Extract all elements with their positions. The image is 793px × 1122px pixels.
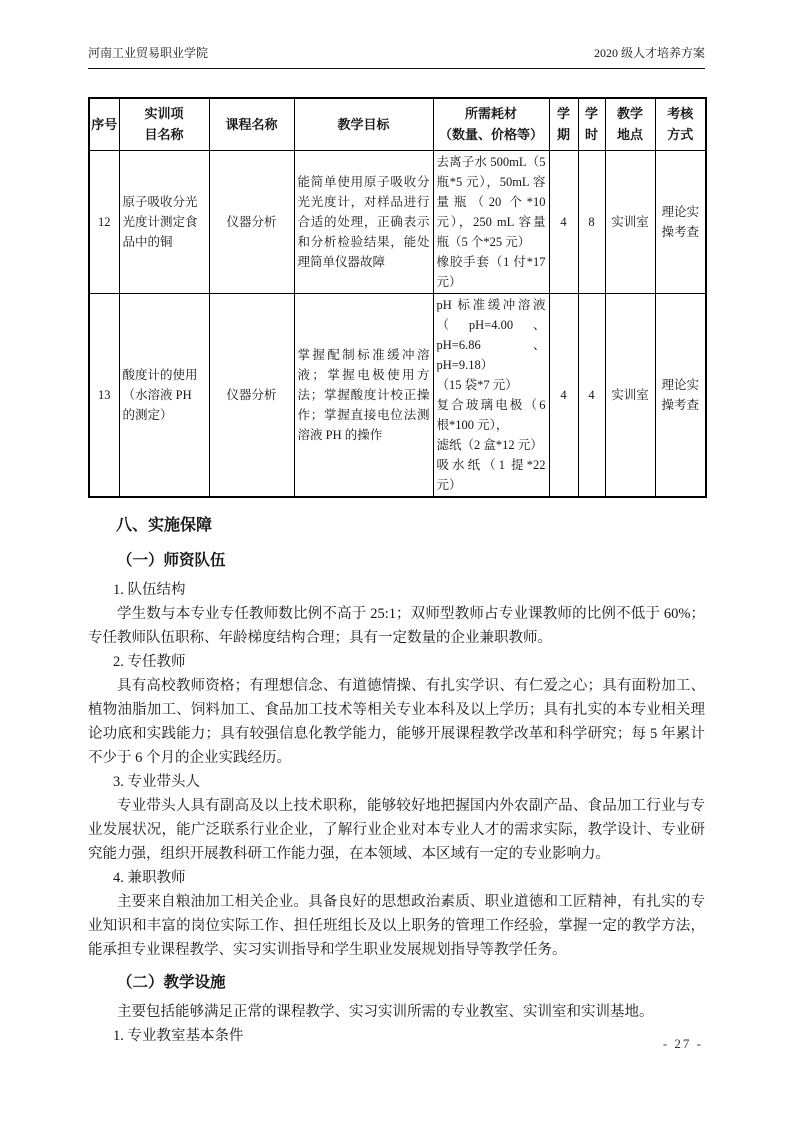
table-header-cell: 学 期	[549, 98, 578, 150]
numbered-item: 4. 兼职教师	[88, 866, 705, 890]
table-cell: 12	[89, 150, 119, 293]
table-cell: 13	[89, 293, 119, 497]
table-cell: 4	[578, 293, 605, 497]
paragraph: 主要包括能够满足正常的课程教学、实习实训所需的专业教室、实训室和实训基地。	[88, 1000, 705, 1024]
table-cell: pH 标准缓冲溶液（pH=4.00、pH=6.86、pH=9.18） （15 袋…	[433, 293, 549, 497]
table-head: 序号实训项 目名称课程名称教学目标所需耗材 （数量、价格等）学 期学 时教学 地…	[89, 98, 706, 150]
table-row: 13酸度计的使用（水溶液 PH 的测定）仪器分析掌握配制标准缓冲溶液；掌握电极使…	[89, 293, 706, 497]
table-cell: 实训室	[605, 150, 655, 293]
table-cell: 4	[549, 293, 578, 497]
table-header-cell: 教学目标	[294, 98, 433, 150]
page-number: - 27 -	[663, 1036, 703, 1052]
numbered-item: 2. 专任教师	[88, 650, 705, 674]
subsection-heading: （一）师资队伍	[88, 548, 705, 574]
table-cell: 仪器分析	[209, 150, 294, 293]
section-heading: 八、实施保障	[88, 512, 705, 540]
document-page: 河南工业贸易职业学院 2020 级人才培养方案 序号实训项 目名称课程名称教学目…	[0, 0, 793, 1122]
table-cell: 实训室	[605, 293, 655, 497]
table-header-cell: 学 时	[578, 98, 605, 150]
table-cell: 去离子水 500mL（5 瓶*5 元），50mL 容量瓶（20 个*10 元），…	[433, 150, 549, 293]
numbered-item: 1. 专业教室基本条件	[88, 1024, 705, 1048]
table-header-cell: 所需耗材 （数量、价格等）	[433, 98, 549, 150]
table-header-row: 序号实训项 目名称课程名称教学目标所需耗材 （数量、价格等）学 期学 时教学 地…	[89, 98, 706, 150]
numbered-item: 3. 专业带头人	[88, 770, 705, 794]
table-header-cell: 实训项 目名称	[119, 98, 209, 150]
body-sections: 八、实施保障（一）师资队伍1. 队伍结构学生数与本专业专任教师数比例不高于 25…	[88, 512, 705, 1048]
table-cell: 原子吸收分光光度计测定食品中的铜	[119, 150, 209, 293]
table-body: 12原子吸收分光光度计测定食品中的铜仪器分析能简单使用原子吸收分光光度计，对样品…	[89, 150, 706, 497]
table-cell: 酸度计的使用（水溶液 PH 的测定）	[119, 293, 209, 497]
table-header-cell: 课程名称	[209, 98, 294, 150]
header-plan-title: 2020 级人才培养方案	[594, 44, 705, 62]
table-cell: 能简单使用原子吸收分光光度计，对样品进行合适的处理，正确表示和分析检验结果，能处…	[294, 150, 433, 293]
paragraph: 专业带头人具有副高及以上技术职称，能够较好地把握国内外农副产品、食品加工行业与专…	[88, 794, 705, 866]
table-header-cell: 考核 方式	[655, 98, 706, 150]
subsection-heading: （二）教学设施	[88, 970, 705, 996]
table-cell: 仪器分析	[209, 293, 294, 497]
table-cell: 掌握配制标准缓冲溶液；掌握电极使用方法；掌握酸度计校正操作；掌握直接电位法测溶液…	[294, 293, 433, 497]
numbered-item: 1. 队伍结构	[88, 578, 705, 602]
paragraph: 学生数与本专业专任教师数比例不高于 25:1；双师型教师占专业课教师的比例不低于…	[88, 602, 705, 650]
table-cell: 理论实操考查	[655, 150, 706, 293]
table-cell: 4	[549, 150, 578, 293]
table-header-cell: 序号	[89, 98, 119, 150]
paragraph: 主要来自粮油加工相关企业。具备良好的思想政治素质、职业道德和工匠精神，有扎实的专…	[88, 890, 705, 962]
paragraph: 具有高校教师资格；有理想信念、有道德情操、有扎实学识、有仁爱之心；具有面粉加工、…	[88, 674, 705, 770]
header-school-name: 河南工业贸易职业学院	[88, 44, 208, 62]
table-row: 12原子吸收分光光度计测定食品中的铜仪器分析能简单使用原子吸收分光光度计，对样品…	[89, 150, 706, 293]
page-header: 河南工业贸易职业学院 2020 级人才培养方案	[88, 44, 705, 69]
table-cell: 理论实操考查	[655, 293, 706, 497]
training-table: 序号实训项 目名称课程名称教学目标所需耗材 （数量、价格等）学 期学 时教学 地…	[88, 97, 707, 498]
table-cell: 8	[578, 150, 605, 293]
table-header-cell: 教学 地点	[605, 98, 655, 150]
page-content: 序号实训项 目名称课程名称教学目标所需耗材 （数量、价格等）学 期学 时教学 地…	[88, 97, 705, 1048]
